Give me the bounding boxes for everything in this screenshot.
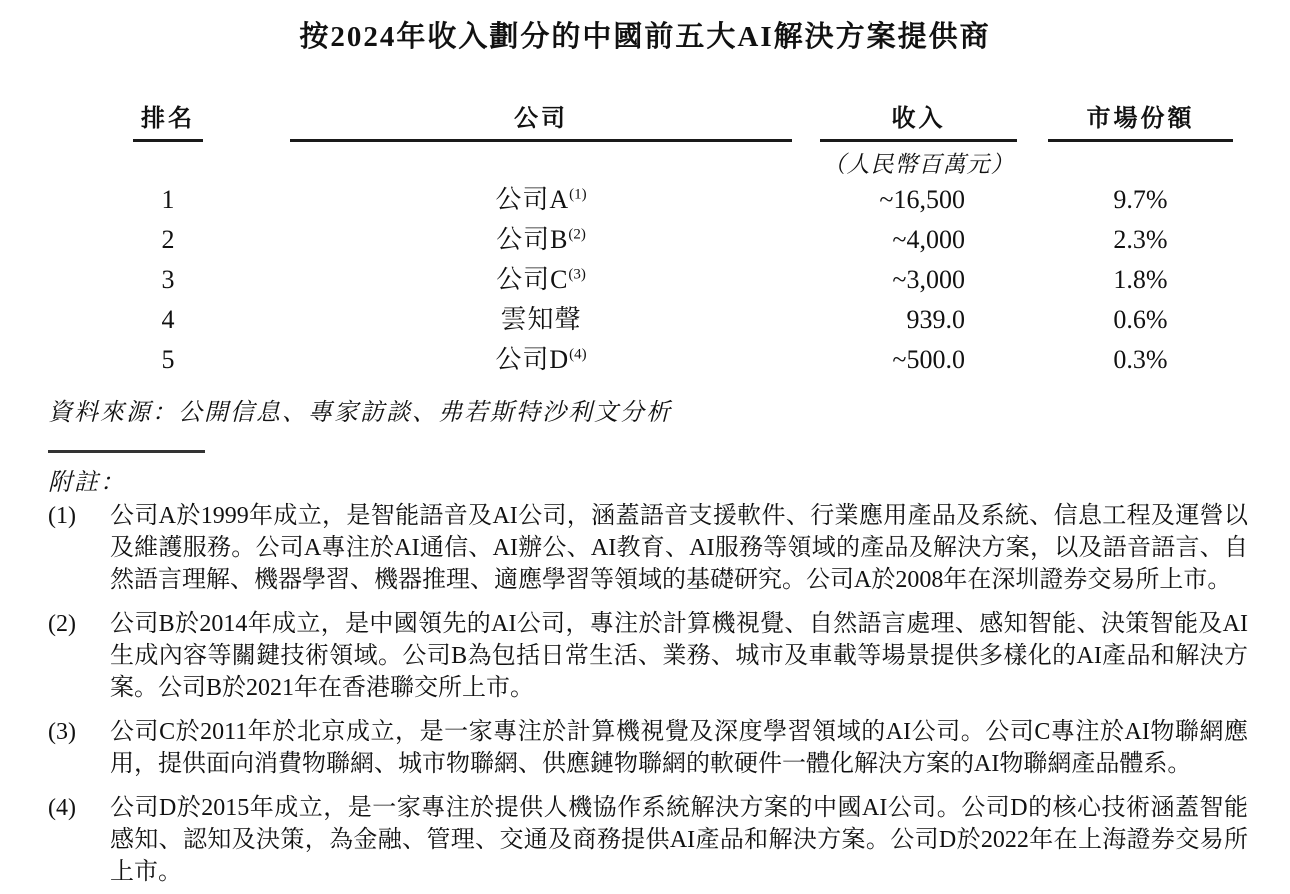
company-cell: 公司C(3) (290, 260, 792, 300)
revenue-cell: ~4,000 (820, 220, 1017, 260)
revenue-cell: ~16,500 (820, 180, 1017, 220)
company-name: 公司C (496, 265, 568, 294)
revenue-unit-label: （人民幣百萬元） (820, 146, 1017, 179)
notes-list: (1) 公司A於1999年成立，是智能語音及AI公司，涵蓋語音支援軟件、行業應用… (0, 500, 1290, 894)
company-name: 公司B (496, 225, 568, 254)
rank-cell: 5 (133, 340, 203, 380)
col-header-revenue: 收入 (820, 98, 1017, 142)
page-title: 按2024年收入劃分的中國前五大AI解決方案提供商 (0, 14, 1290, 55)
company-name: 公司A (495, 185, 569, 214)
revenue-value: ~4,000 (892, 220, 965, 260)
note-text: 公司C於2011年於北京成立，是一家專注於計算機視覺及深度學習領域的AI公司。公… (110, 716, 1248, 780)
revenue-cell: ~500.0 (820, 340, 1017, 380)
revenue-value: 939.0 (907, 300, 966, 340)
company-name: 雲知聲 (500, 305, 581, 334)
note-ref: (3) (568, 266, 586, 282)
revenue-value: ~3,000 (892, 260, 965, 300)
note-text: 公司D於2015年成立，是一家專注於提供人機協作系統解決方案的中國AI公司。公司… (110, 792, 1248, 888)
note-ref: (2) (568, 226, 586, 242)
company-name: 公司D (495, 345, 569, 374)
revenue-value: ~500.0 (892, 340, 965, 380)
company-cell: 公司D(4) (290, 340, 792, 380)
table-row: 4 雲知聲 939.0 0.6% (0, 300, 1290, 340)
share-cell: 2.3% (1048, 220, 1233, 260)
note-item: (3) 公司C於2011年於北京成立，是一家專注於計算機視覺及深度學習領域的AI… (0, 716, 1290, 780)
company-cell: 公司B(2) (290, 220, 792, 260)
share-cell: 1.8% (1048, 260, 1233, 300)
rank-cell: 3 (133, 260, 203, 300)
table-row: 3 公司C(3) ~3,000 1.8% (0, 260, 1290, 300)
source-line: 資料來源：公開信息、專家訪談、弗若斯特沙利文分析 (48, 392, 1248, 427)
note-item: (1) 公司A於1999年成立，是智能語音及AI公司，涵蓋語音支援軟件、行業應用… (0, 500, 1290, 596)
rank-cell: 1 (133, 180, 203, 220)
document-page: 按2024年收入劃分的中國前五大AI解決方案提供商 排名 公司 收入 市場份額 … (0, 0, 1290, 894)
notes-divider-rule (48, 450, 205, 453)
table-row: 2 公司B(2) ~4,000 2.3% (0, 220, 1290, 260)
table-body: 1 公司A(1) ~16,500 9.7% 2 公司B(2) ~4,000 2.… (0, 180, 1290, 380)
note-text: 公司A於1999年成立，是智能語音及AI公司，涵蓋語音支援軟件、行業應用產品及系… (110, 500, 1248, 596)
rank-cell: 4 (133, 300, 203, 340)
note-item: (4) 公司D於2015年成立，是一家專注於提供人機協作系統解決方案的中國AI公… (0, 792, 1290, 888)
company-cell: 雲知聲 (290, 300, 792, 340)
revenue-cell: ~3,000 (820, 260, 1017, 300)
company-cell: 公司A(1) (290, 180, 792, 220)
note-item: (2) 公司B於2014年成立，是中國領先的AI公司，專注於計算機視覺、自然語言… (0, 608, 1290, 704)
note-number: (2) (48, 608, 110, 640)
note-text: 公司B於2014年成立，是中國領先的AI公司，專注於計算機視覺、自然語言處理、感… (110, 608, 1248, 704)
note-ref: (4) (569, 346, 587, 362)
col-header-rank: 排名 (133, 98, 203, 142)
col-header-company: 公司 (290, 98, 792, 142)
note-number: (3) (48, 716, 110, 748)
share-cell: 9.7% (1048, 180, 1233, 220)
rank-cell: 2 (133, 220, 203, 260)
note-number: (4) (48, 792, 110, 824)
table-header: 排名 公司 收入 市場份額 (0, 100, 1290, 142)
table-row: 5 公司D(4) ~500.0 0.3% (0, 340, 1290, 380)
revenue-value: ~16,500 (879, 180, 965, 220)
note-number: (1) (48, 500, 110, 532)
notes-label: 附註： (48, 462, 126, 497)
revenue-cell: 939.0 (820, 300, 1017, 340)
share-cell: 0.6% (1048, 300, 1233, 340)
note-ref: (1) (569, 186, 587, 202)
col-header-share: 市場份額 (1048, 98, 1233, 142)
table-row: 1 公司A(1) ~16,500 9.7% (0, 180, 1290, 220)
share-cell: 0.3% (1048, 340, 1233, 380)
